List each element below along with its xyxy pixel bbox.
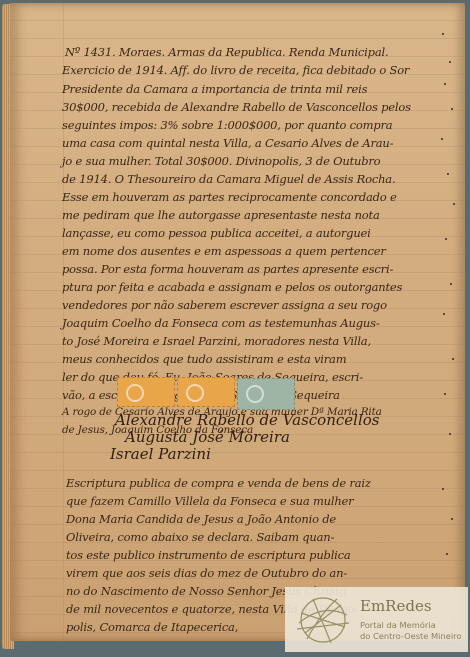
text-line: ptura por feita e acabada e assignam e p…: [62, 280, 402, 294]
text-line: Joaquim Coelho da Fonseca com as testemu…: [62, 316, 380, 330]
globe-network-icon: [293, 593, 353, 648]
text-line: Exercicio de 1914. Aff. do livro de rece…: [62, 63, 409, 77]
text-line: me pediram que lhe autorgasse apresentas…: [62, 208, 380, 222]
revenue-stamp: [177, 377, 235, 407]
text-line: seguintes impos: 3% sobre 1:000$000, por…: [62, 118, 392, 132]
text-line: de 1914. O Thesoureiro da Camara Miguel …: [62, 172, 395, 186]
emredes-watermark: EmRedes Portal da Memória do Centro-Oest…: [285, 587, 468, 652]
signature: Augusta José Moreira: [125, 428, 290, 446]
text-line: Escriptura publica de compra e venda de …: [66, 476, 371, 490]
watermark-title: EmRedes: [360, 597, 432, 615]
text-line: polis, Comarca de Itapecerica,: [66, 620, 238, 634]
watermark-subtitle: do Centro-Oeste Mineiro: [360, 631, 461, 641]
revenue-stamp: [237, 378, 295, 410]
book: Nº 1431. Moraes. Armas da Republica. Ren…: [0, 0, 470, 657]
text-line: Dona Maria Candida de Jesus a João Anton…: [66, 512, 336, 526]
ink-specks: [439, 13, 459, 613]
text-line: meus conhecidos que tudo assistiram e es…: [62, 352, 346, 366]
text-line: lançasse, eu como pessoa publica acceite…: [62, 226, 371, 240]
watermark-subtitle: Portal da Memória: [360, 620, 436, 630]
signature: Alexandre Rabello de Vasconcellos: [115, 411, 379, 429]
text-line: tos este publico instrumento de escriptu…: [66, 548, 351, 562]
text-line: Presidente da Camara a importancia de tr…: [62, 82, 367, 96]
text-line: em nome dos ausentes e em aspessoas a qu…: [62, 244, 386, 258]
text-line: 30$000, recebida de Alexandre Rabello de…: [62, 100, 411, 114]
text-line: vendedores por não saberem escrever assi…: [62, 298, 387, 312]
text-line: Oliveira, como abaixo se declara. Saibam…: [66, 530, 334, 544]
text-line: jo e sua mulher. Total 30$000. Divinopol…: [62, 154, 380, 168]
ledger-page: Nº 1431. Moraes. Armas da Republica. Ren…: [10, 3, 465, 641]
text-line: uma casa com quintal nesta Villa, a Cesa…: [62, 136, 393, 150]
text-line: to José Moreira e Israel Parzini, morado…: [62, 334, 371, 348]
text-line: que fazem Camillo Villela da Fonseca e s…: [66, 494, 353, 508]
text-line: Nº 1431. Moraes. Armas da Republica. Ren…: [65, 45, 388, 59]
text-line: Esse em houveram as partes reciprocament…: [62, 190, 397, 204]
text-line: possa. Por esta forma houveram as partes…: [62, 262, 393, 276]
signature: Israel Parzini: [110, 445, 211, 463]
text-line: virem que aos seis dias do mez de Outubr…: [66, 566, 347, 580]
revenue-stamp: [117, 377, 175, 407]
